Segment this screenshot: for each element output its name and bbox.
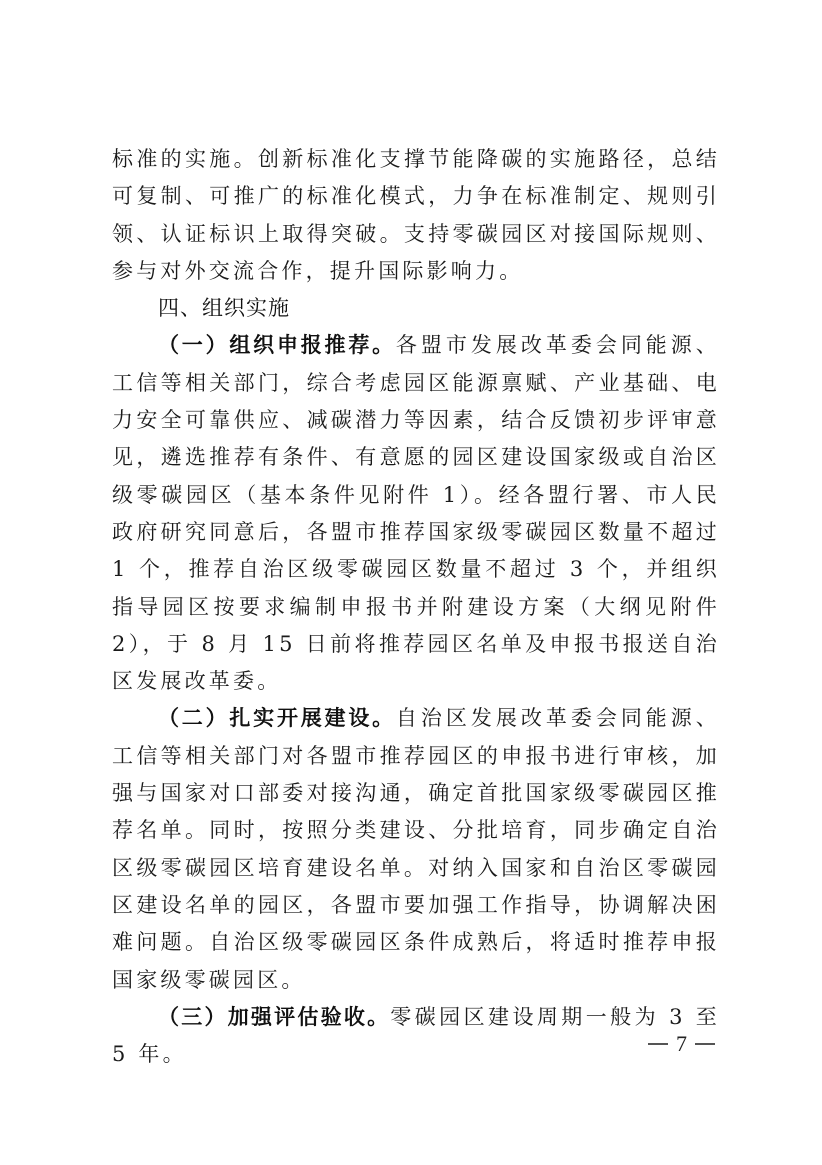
subsection-title-strengthen-evaluation: （三）加强评估验收。 bbox=[158, 1005, 390, 1029]
subsection-title-carry-out-construction: （二）扎实开展建设。 bbox=[158, 706, 396, 730]
page-number: 7 bbox=[648, 1031, 715, 1057]
document-page-body: 标准的实施。创新标准化支撑节能降碳的实施路径，总结可复制、可推广的标准化模式，力… bbox=[112, 141, 720, 1073]
paragraph-strengthen-evaluation: （三）加强评估验收。零碳园区建设周期一般为 3 至 5 年。 bbox=[112, 999, 720, 1074]
paragraph-carry-out-construction: （二）扎实开展建设。自治区发展改革委会同能源、工信等相关部门对各盟市推荐园区的申… bbox=[112, 700, 720, 998]
subsection-text-carry-out-construction: 自治区发展改革委会同能源、工信等相关部门对各盟市推荐园区的申报书进行审核，加强与… bbox=[112, 706, 720, 991]
page-number-left-dash bbox=[648, 1043, 668, 1045]
section-heading-organization-implementation: 四、组织实施 bbox=[112, 290, 720, 327]
page-number-value: 7 bbox=[676, 1031, 687, 1057]
paragraph-organize-application: （一）组织申报推荐。各盟市发展改革委会同能源、工信等相关部门，综合考虑园区能源禀… bbox=[112, 327, 720, 700]
page-number-right-dash bbox=[695, 1043, 715, 1045]
paragraph-standards-continuation: 标准的实施。创新标准化支撑节能降碳的实施路径，总结可复制、可推广的标准化模式，力… bbox=[112, 141, 720, 290]
subsection-text-organize-application: 各盟市发展改革委会同能源、工信等相关部门，综合考虑园区能源禀赋、产业基础、电力安… bbox=[112, 333, 720, 693]
subsection-title-organize-application: （一）组织申报推荐。 bbox=[158, 333, 396, 357]
